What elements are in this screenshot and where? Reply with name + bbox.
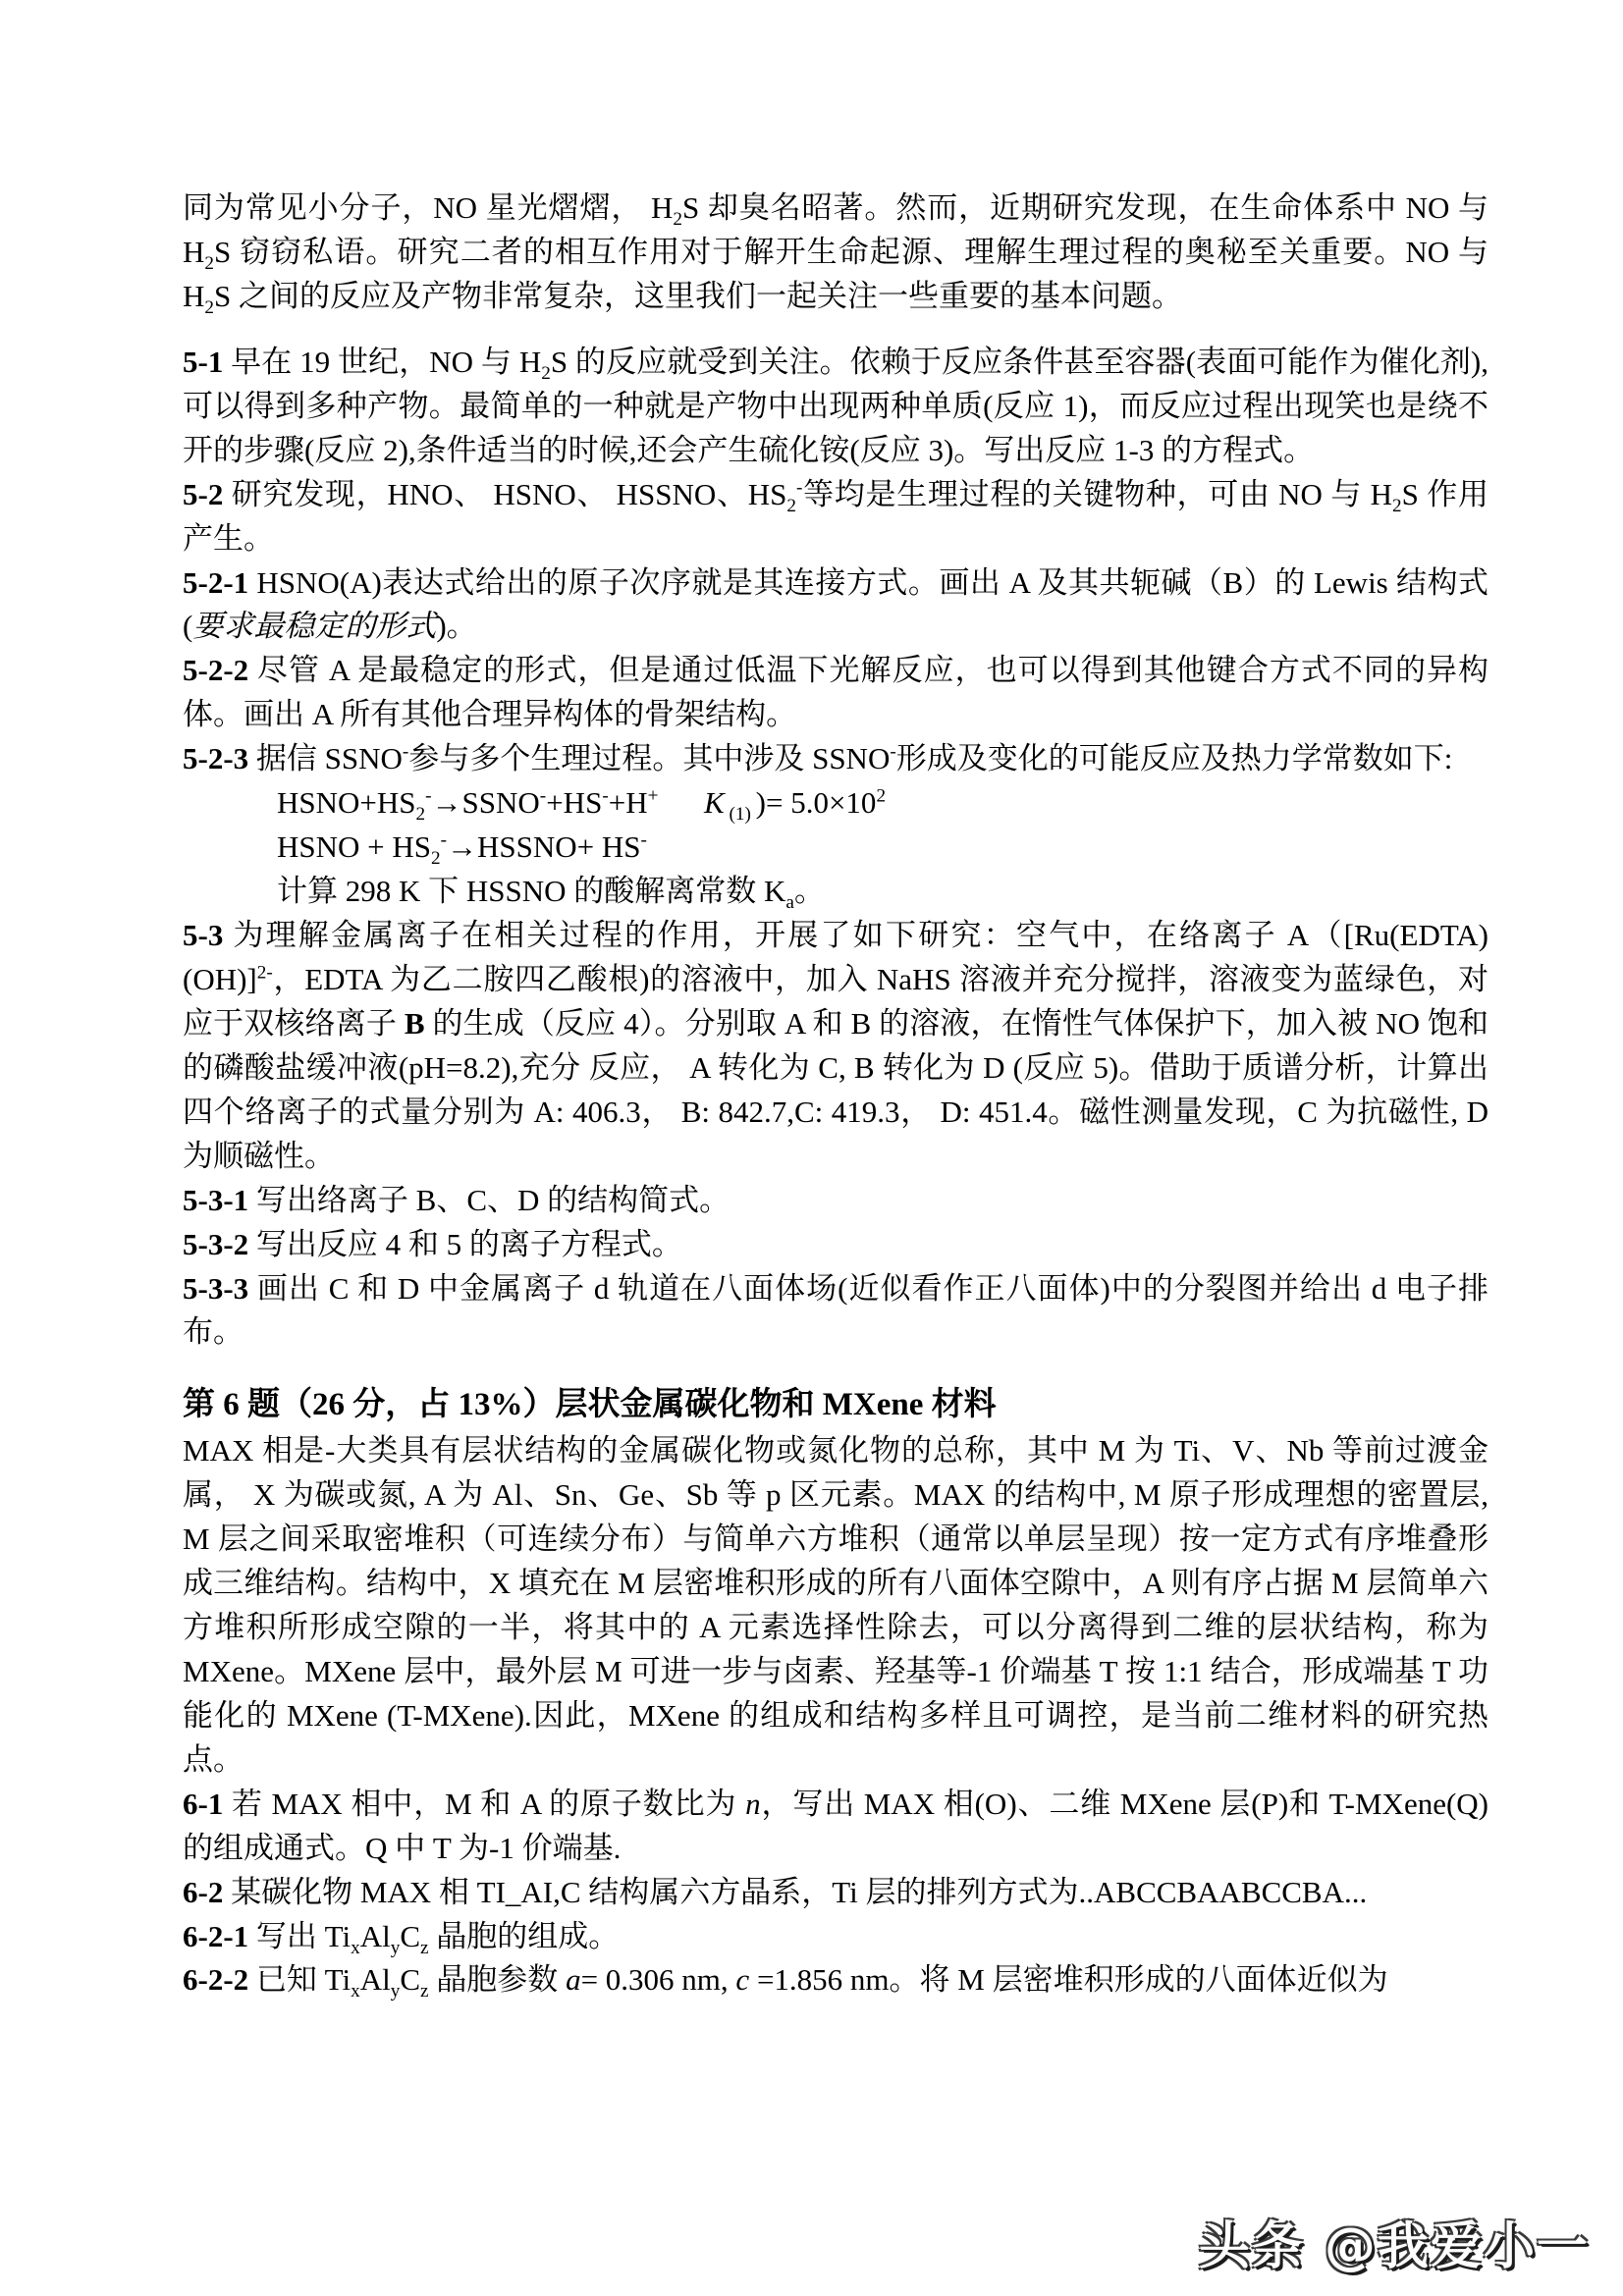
text-run: 2 xyxy=(786,496,796,516)
question-5-2-1: 5-2-1 HSNO(A)表达式给出的原子次序就是其连接方式。画出 A 及其共轭… xyxy=(183,561,1488,650)
text-run: 5-3 xyxy=(183,918,223,952)
text-run: c xyxy=(735,1962,749,1997)
question-6-2-2: 6-2-2 已知 TixAlyCz 晶胞参数 a= 0.306 nm, c =1… xyxy=(183,1958,1488,2002)
equation-2: HSNO + HS2-→HSSNO+ HS- xyxy=(183,826,1488,870)
question-5-2-3: 5-2-3 据信 SSNO-参与多个生理过程。其中涉及 SSNO-形成及变化的可… xyxy=(183,737,1488,781)
text-run: 等均是生理过程的关键物种，可由 NO 与 H xyxy=(802,477,1392,511)
document-body: 同为常见小分子，NO 星光熠熠， H2S 却臭名昭著。然而，近期研究发现，在生命… xyxy=(183,187,1488,2002)
text-run: 。 xyxy=(794,874,825,908)
section-6-heading: 第 6 题（26 分，占 13%）层状金属碳化物和 MXene 材料 xyxy=(183,1382,1488,1429)
text-run: z xyxy=(420,1938,429,1958)
text-run: 已知 Ti xyxy=(248,1962,351,1997)
text-run: x xyxy=(351,1938,360,1958)
question-5-3-1: 5-3-1 写出络离子 B、C、D 的结构简式。 xyxy=(183,1179,1488,1223)
text-run: 5-3-1 xyxy=(183,1183,248,1217)
text-run: 2 xyxy=(1392,496,1402,516)
text-run: )。 xyxy=(436,609,476,643)
question-5-3: 5-3 为理解金属离子在相关过程的作用，开展了如下研究：空气中，在络离子 A（[… xyxy=(183,914,1488,1179)
text-run: 5-2-2 xyxy=(183,653,248,687)
text-run: HSNO + HS xyxy=(277,829,431,864)
text-run: K xyxy=(704,785,725,820)
text-run: 2- xyxy=(257,963,273,984)
text-run: 某碳化物 MAX 相 TI_AI,C 结构属六方晶系，Ti 层的排列方式为..A… xyxy=(223,1875,1367,1909)
text-run: +HS xyxy=(546,785,602,820)
text-run: 写出 Ti xyxy=(248,1919,351,1953)
text-run: 同为常见小分子，NO 星光熠熠， H xyxy=(183,190,673,225)
text-run: +H xyxy=(609,785,648,820)
text-run: n xyxy=(745,1787,761,1821)
text-run: Al xyxy=(360,1919,391,1953)
text-run: B xyxy=(405,1006,425,1041)
text-run xyxy=(658,785,704,820)
text-run: )= 5.0×10 xyxy=(756,785,877,820)
page: { "watermark": { "text": "头条 @我爱小一" }, "… xyxy=(0,0,1623,2296)
text-run: 2 xyxy=(431,848,441,869)
text-run: x xyxy=(351,1982,360,2002)
text-run: a xyxy=(785,892,794,913)
text-run: MAX 相是-大类具有层状结构的金属碳化物或氮化物的总称，其中 M 为 Ti、V… xyxy=(183,1433,1488,1777)
text-run: = 0.306 nm, xyxy=(581,1962,736,1997)
text-run: 写出络离子 B、C、D 的结构简式。 xyxy=(248,1183,730,1217)
text-run: C xyxy=(400,1919,420,1953)
question-5-1: 5-1 早在 19 世纪，NO 与 H2S 的反应就受到关注。依赖于反应条件甚至… xyxy=(183,341,1488,473)
text-run: 2 xyxy=(673,209,682,230)
text-run: y xyxy=(391,1982,401,2002)
text-run: 尽管 A 是最稳定的形式，但是通过低温下光解反应，也可以得到其他键合方式不同的异… xyxy=(183,653,1488,731)
equation-note: 计算 298 K 下 HSSNO 的酸解离常数 Ka。 xyxy=(183,870,1488,914)
text-run: 要求最稳定的形式 xyxy=(192,609,436,643)
text-run: 计算 298 K 下 HSSNO 的酸解离常数 K xyxy=(277,874,785,908)
text-run: y xyxy=(391,1938,401,1958)
question-5-3-3: 5-3-3 画出 C 和 D 中金属离子 d 轨道在八面体场(近似看作正八面体)… xyxy=(183,1267,1488,1356)
text-run: 第 6 题（26 分，占 13%）层状金属碳化物和 MXene 材料 xyxy=(183,1387,997,1422)
intro-paragraph: 同为常见小分子，NO 星光熠熠， H2S 却臭名昭著。然而，近期研究发现，在生命… xyxy=(183,187,1488,319)
text-run: 5-1 xyxy=(183,345,223,379)
text-run: 5-3-2 xyxy=(183,1227,248,1261)
text-run: - xyxy=(641,830,647,851)
text-run: →SSNO xyxy=(432,785,540,820)
text-run: 5-2-3 xyxy=(183,741,248,775)
text-run: 2 xyxy=(541,363,551,384)
question-6-2-1: 6-2-1 写出 TixAlyCz 晶胞的组成。 xyxy=(183,1915,1488,1959)
text-run: (1) xyxy=(725,804,756,825)
text-run: 晶胞参数 xyxy=(429,1962,567,1997)
question-5-3-2: 5-3-2 写出反应 4 和 5 的离子方程式。 xyxy=(183,1223,1488,1267)
question-6-2: 6-2 某碳化物 MAX 相 TI_AI,C 结构属六方晶系，Ti 层的排列方式… xyxy=(183,1871,1488,1915)
text-run: =1.856 nm。将 M 层密堆积形成的八面体近似为 xyxy=(749,1962,1387,1997)
text-run: C xyxy=(400,1962,420,1997)
text-run: 晶胞的组成。 xyxy=(429,1919,620,1953)
text-run: 6-2 xyxy=(183,1875,223,1909)
text-run: 2 xyxy=(416,804,426,825)
text-run: 画出 C 和 D 中金属离子 d 轨道在八面体场(近似看作正八面体)中的分裂图并… xyxy=(183,1271,1488,1350)
text-run: a xyxy=(566,1962,581,1997)
text-run: 研究发现，HNO、 HSNO、 HSSNO、HS xyxy=(223,477,786,511)
text-run: 据信 SSNO xyxy=(248,741,403,775)
text-run: 2 xyxy=(876,786,886,807)
text-run: 写出反应 4 和 5 的离子方程式。 xyxy=(248,1227,682,1261)
text-run: 6-2-2 xyxy=(183,1962,248,1997)
text-run: HSNO+HS xyxy=(277,785,416,820)
question-5-2: 5-2 研究发现，HNO、 HSNO、 HSSNO、HS2-等均是生理过程的关键… xyxy=(183,473,1488,561)
question-6-1: 6-1 若 MAX 相中，M 和 A 的原子数比为 n，写出 MAX 相(O)、… xyxy=(183,1783,1488,1871)
text-run: z xyxy=(420,1982,429,2002)
text-run: + xyxy=(648,786,659,807)
text-run: 2 xyxy=(204,253,214,274)
text-run: →HSSNO+ HS xyxy=(447,829,641,864)
section-6-intro: MAX 相是-大类具有层状结构的金属碳化物或氮化物的总称，其中 M 为 Ti、V… xyxy=(183,1429,1488,1783)
text-run: 2 xyxy=(204,297,214,318)
text-run: 若 MAX 相中，M 和 A 的原子数比为 xyxy=(223,1787,745,1821)
watermark: 头条 @我爱小一 xyxy=(1199,2205,1590,2278)
text-run: 早在 19 世纪，NO 与 H xyxy=(223,345,541,379)
text-run: 5-3-3 xyxy=(183,1271,248,1306)
text-run: 5-2 xyxy=(183,477,223,511)
text-run: 6-2-1 xyxy=(183,1919,248,1953)
text-run: S 之间的反应及产物非常复杂，这里我们一起关注一些重要的基本问题。 xyxy=(214,279,1182,313)
text-run: 参与多个生理过程。其中涉及 SSNO xyxy=(408,741,890,775)
text-run: 5-2-1 xyxy=(183,565,248,600)
question-5-2-2: 5-2-2 尽管 A 是最稳定的形式，但是通过低温下光解反应，也可以得到其他键合… xyxy=(183,649,1488,737)
text-run: Al xyxy=(360,1962,391,1997)
text-run: 形成及变化的可能反应及热力学常数如下: xyxy=(896,741,1453,775)
equation-1: HSNO+HS2-→SSNO-+HS-+H+ K (1) )= 5.0×102 xyxy=(183,781,1488,826)
text-run: 6-1 xyxy=(183,1787,223,1821)
